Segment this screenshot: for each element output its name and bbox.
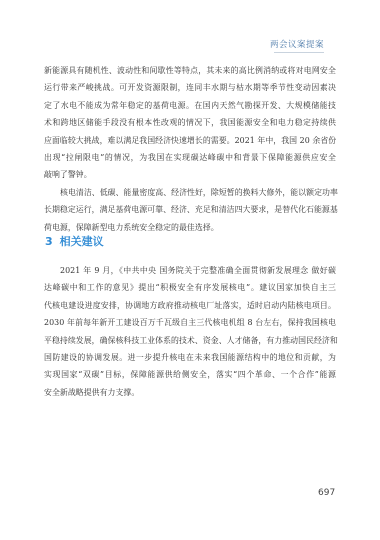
text-line: 安全新战略提供有力支撑。 (44, 384, 336, 401)
section-number: 3 (45, 235, 53, 248)
section-heading: 3相关建议 (45, 233, 104, 249)
paragraph-1: 新能源具有随机性、波动性和间歇性等特点，其未来的高比例消纳或将对电网安全 运行带… (44, 62, 336, 184)
running-header-rule (274, 52, 324, 53)
text-line: 定了水电不能成为常年稳定的基荷电源。在国内天然气勘探开发、大规模储能技 (44, 97, 336, 114)
text-line: 达峰碳中和工作的意见》提出“积极安全有序发展核电”。建议国家加快自主三 (44, 279, 336, 296)
page-number: 697 (318, 488, 335, 498)
text-line: 2021 年 9 月，《中共中央 国务院关于完整准确全面贯彻新发展理念 做好碳 (44, 262, 336, 279)
text-line: 长期稳定运行，满足基荷电源可靠、经济、充足和清洁四大要求，是替代化石能源基 (44, 201, 336, 218)
paragraph-2: 核电清洁、低碳、能量密度高、经济性好，除短暂的换料大修外，能以额定功率 长期稳定… (44, 184, 336, 236)
text-line: 术和跨地区储能手段没有根本性改观的情况下，我国能源安全和电力稳定持续供 (44, 114, 336, 131)
text-line: 运行带来严峻挑战。可开发资源限制，连同丰水期与枯水期等季节性变动因素决 (44, 79, 336, 96)
text-line: 敲响了警钟。 (44, 166, 336, 183)
text-line: 国防建设的协调发展。进一步提升核电在未来我国能源结构中的地位和贡献，为 (44, 349, 336, 366)
text-line: 平稳持续发展，确保核科技工业体系的技术、资金、人才储备，有力推动国民经济和 (44, 332, 336, 349)
text-line: 2030 年前每年新开工建设百万千瓦级自主三代核电机组 8 台左右，保持我国核电 (44, 314, 336, 331)
paragraph-3: 2021 年 9 月，《中共中央 国务院关于完整准确全面贯彻新发展理念 做好碳 … (44, 262, 336, 401)
running-header: 两会议案提案 (270, 38, 324, 50)
text-line: 新能源具有随机性、波动性和间歇性等特点，其未来的高比例消纳或将对电网安全 (44, 62, 336, 79)
text-line: 应面临较大挑战，难以满足我国经济快速增长的需要。2021 年中，我国 20 余省… (44, 132, 336, 149)
text-line: 实现国家“双碳”目标，保障能源供给侧安全，落实“四个革命、一个合作”能源 (44, 366, 336, 383)
section-title: 相关建议 (60, 235, 104, 248)
text-line: 核电清洁、低碳、能量密度高、经济性好，除短暂的换料大修外，能以额定功率 (44, 184, 336, 201)
text-line: 出现“拉闸限电”的情况，为我国在实现碳达峰碳中和背景下保障能源供应安全 (44, 149, 336, 166)
text-line: 代核电建设进度安排，协调地方政府推动核电厂址落实，适时启动内陆核电项目。 (44, 297, 336, 314)
